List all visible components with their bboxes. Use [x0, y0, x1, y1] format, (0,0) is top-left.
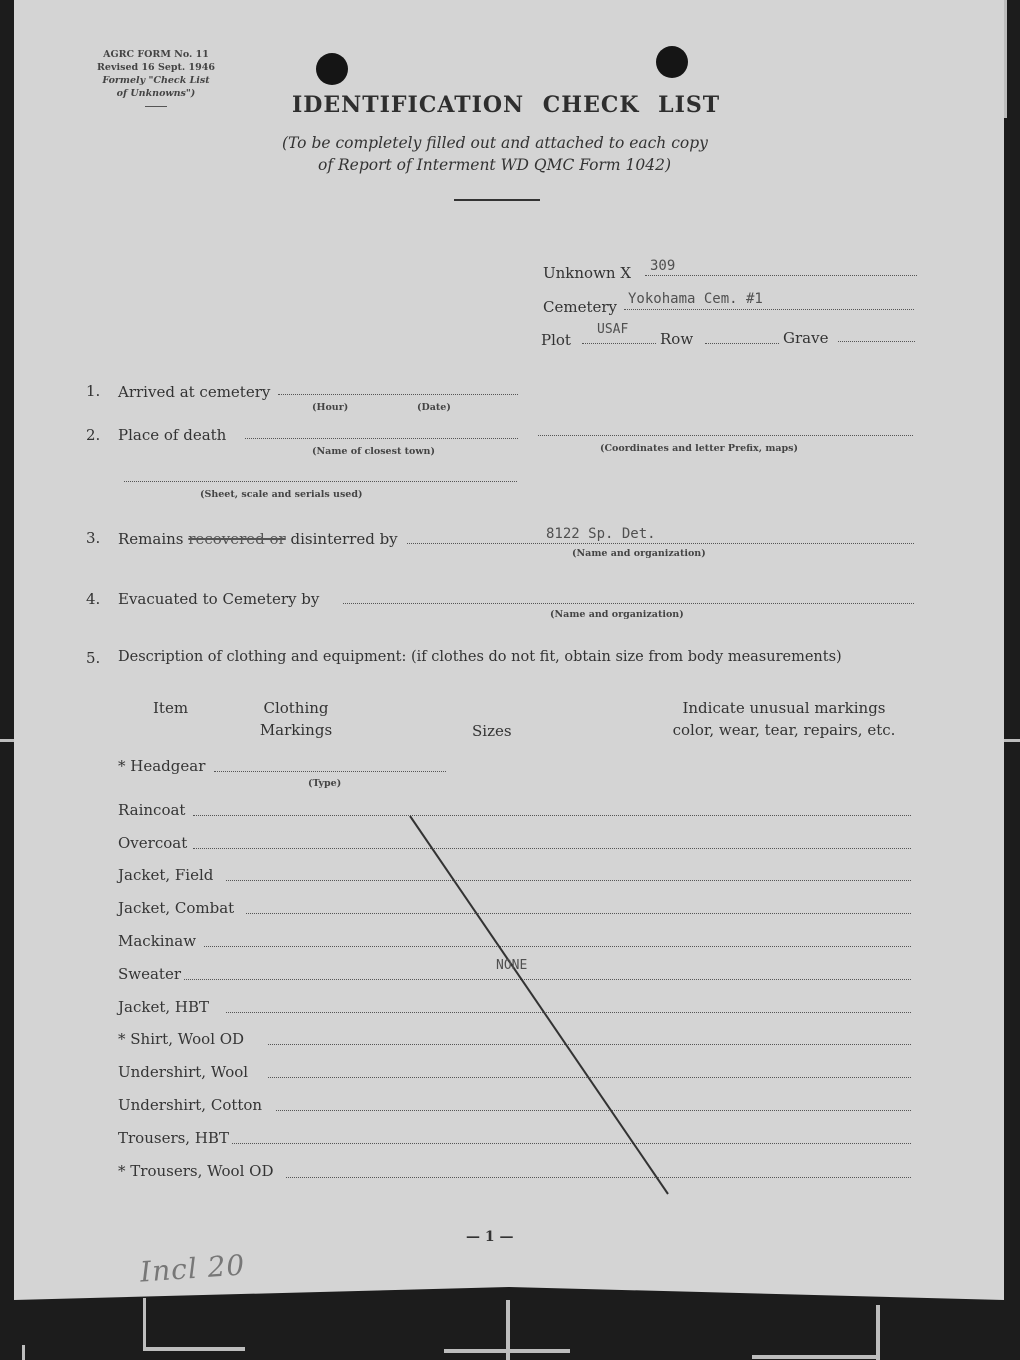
none-diagonal-strike-line	[0, 0, 1020, 1360]
page-number: — 1 —	[466, 1229, 514, 1245]
none-annotation: NONE	[496, 958, 527, 973]
